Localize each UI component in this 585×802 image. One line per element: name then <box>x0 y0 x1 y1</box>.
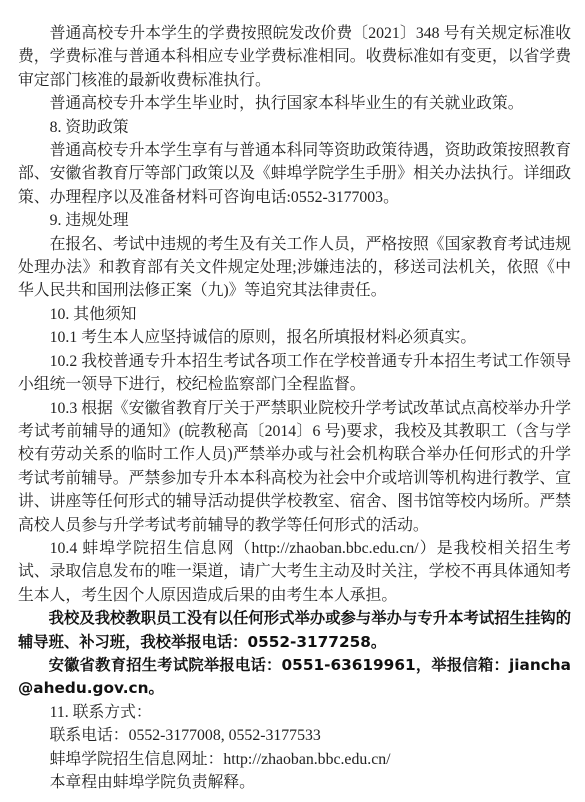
para-bold-school-disclaimer: 我校及我校教职员工没有以任何形式举办或参与举办与专升本考试招生挂钩的辅导班、补习… <box>18 607 571 654</box>
para-funding-policy: 普通高校专升本学生享有与普通本科同等资助政策待遇，资助政策按照教育部、安徽省教育… <box>18 139 571 209</box>
para-note-10-3: 10.3 根据《安徽省教育厅关于严禁职业院校升学考试改革试点高校举办升学考试考前… <box>18 397 571 537</box>
para-contact-phone: 联系电话：0552-3177008, 0552-3177533 <box>18 724 571 747</box>
heading-other-notes: 10. 其他须知 <box>18 303 571 326</box>
para-bold-provincial-report-channels: 安徽省教育招生考试院举报电话：0551-63619961，举报信箱：jianch… <box>18 654 571 701</box>
para-violation-handling: 在报名、考试中违规的考生及有关工作人员，严格按照《国家教育考试违规处理办法》和教… <box>18 233 571 303</box>
para-graduation-policy: 普通高校专升本学生毕业时，执行国家本科毕业生的有关就业政策。 <box>18 92 571 115</box>
heading-funding-policy: 8. 资助政策 <box>18 116 571 139</box>
para-note-10-2: 10.2 我校普通专升本招生考试各项工作在学校普通专升本招生考试工作领导小组统一… <box>18 350 571 397</box>
heading-contact-info: 11. 联系方式： <box>18 701 571 724</box>
para-admissions-website: 蚌埠学院招生信息网址：http://zhaoban.bbc.edu.cn/ <box>18 748 571 771</box>
para-note-10-4-admissions-site: 10.4 蚌埠学院招生信息网（http://zhaoban.bbc.edu.cn… <box>18 537 571 607</box>
para-interpretation-right: 本章程由蚌埠学院负责解释。 <box>18 771 571 794</box>
para-tuition-fee: 普通高校专升本学生的学费按照皖发改价费〔2021〕348 号有关规定标准收费，学… <box>18 22 571 92</box>
para-note-10-1: 10.1 考生本人应坚持诚信的原则，报名所填报材料必须真实。 <box>18 326 571 349</box>
document-page: 普通高校专升本学生的学费按照皖发改价费〔2021〕348 号有关规定标准收费，学… <box>0 0 585 802</box>
heading-violation-handling: 9. 违规处理 <box>18 209 571 232</box>
